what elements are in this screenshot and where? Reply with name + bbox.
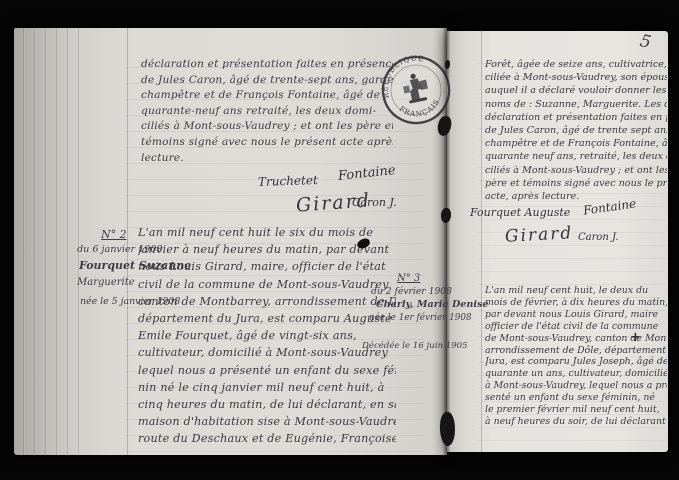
handwritten-line: par devant nous Louis Girard, maire — [485, 309, 667, 321]
handwritten-line: ciliés à Mont-sous-Vaudrey ; et ont les — [485, 164, 667, 177]
handwritten-line: à neuf heures du soir, de lui déclarant — [485, 416, 667, 428]
handwritten-line: quarante-neuf ans retraité, les deux dom… — [141, 104, 393, 120]
handwritten-line: à Mont-sous-Vaudrey, lequel nous a pré- — [485, 380, 667, 392]
signature-caron-right: Caron J. — [578, 232, 618, 243]
handwritten-line: maison d'habitation sise à Mont-sous-Vau… — [138, 413, 396, 430]
handwritten-line: L'an mil neuf cent huit le six du mois d… — [138, 224, 396, 241]
handwritten-line: champêtre et de François Fontaine, âgé d… — [485, 137, 667, 150]
handwritten-line: déclaration et présentation faites en pr… — [485, 111, 667, 124]
act-2-main-paragraph: L'an mil neuf cent huit le six du mois d… — [138, 224, 396, 448]
handwritten-line: L'an mil neuf cent huit, le deux du — [485, 285, 667, 297]
handwritten-line: le premier février mil neuf cent huit, — [485, 404, 667, 416]
handwritten-line: cultivateur, domicilié à Mont-sous-Vaudr… — [138, 344, 396, 361]
scanned-register-photo: RÉPUBLIQUE FRANÇAISE 5 N° 2 du 6 janvier… — [0, 0, 679, 480]
margin-act-date-right: du 2 février 1908 — [371, 286, 452, 297]
handwritten-line: route du Deschaux et de Eugénie, Françoi… — [138, 430, 396, 447]
correction-cross: + — [630, 330, 641, 345]
handwritten-line: témoins signé avec nous le présent acte … — [141, 135, 393, 151]
handwritten-line: Forêt, âgée de seize ans, cultivatrice, … — [485, 58, 667, 71]
handwritten-line: quarante un ans, cultivateur, domicilié — [485, 368, 667, 380]
handwritten-line: Emile Fourquet, âgé de vingt-six ans, — [138, 327, 396, 344]
page-edge-stack — [14, 28, 80, 455]
handwritten-line: Jura, est comparu Jules Joseph, âgé de — [485, 356, 667, 368]
handwritten-line: ciliée à Mont-sous-Vaudrey, son épouse, … — [485, 71, 667, 84]
margin-child-name-2: Marguerite — [77, 277, 135, 288]
margin-rule-right — [481, 31, 482, 452]
handwritten-line: senté un enfant du sexe féminin, né — [485, 392, 667, 404]
handwritten-line: de Jules Caron, âgé de trente sept ans g… — [485, 124, 667, 137]
handwritten-line: acte, après lecture. — [485, 190, 667, 203]
margin-rule-left — [127, 28, 128, 455]
margin-act-number-right: N° 3 — [397, 273, 420, 284]
handwritten-line: déclaration et présentation faites en pr… — [141, 57, 393, 73]
handwritten-line: cinq heures du matin, de lui déclarant, … — [138, 396, 396, 413]
handwritten-line: arrondissement de Dôle, département du — [485, 345, 667, 357]
handwritten-line: père et témoins signé avec nous le prése… — [485, 177, 667, 190]
handwritten-line: canton de Montbarrey, arrondissement de … — [138, 293, 396, 310]
handwritten-line: mois de février, à dix heures du matin, — [485, 297, 667, 309]
signature-fourquet-auguste: Fourquet Auguste — [470, 206, 570, 219]
handwritten-line: lequel nous a présenté un enfant du sexe… — [138, 362, 396, 379]
handwritten-line: quarante neuf ans, retraité, les deux do… — [485, 150, 667, 163]
act-2-continuation-paragraph: Forêt, âgée de seize ans, cultivatrice, … — [485, 58, 667, 203]
handwritten-line: ciliés à Mont-sous-Vaudrey ; et ont les … — [141, 119, 393, 135]
signature-caron: Caron J. — [352, 196, 397, 209]
handwritten-line: lecture. — [141, 151, 393, 167]
handwritten-line: auquel il a déclaré vouloir donner les p… — [485, 84, 667, 97]
handwritten-line: nous Louis Girard, maire, officier de l'… — [138, 258, 396, 275]
handwritten-line: noms de : Suzanne, Marguerite. Les dites — [485, 98, 667, 111]
handwritten-line: de Jules Caron, âgé de trente-sept ans, … — [141, 73, 393, 89]
margin-birth-date-right: née le 1er février 1908 — [369, 313, 472, 323]
margin-death-note: Décédée le 16 juin 1905 — [362, 341, 468, 351]
act-2-closing-paragraph: déclaration et présentation faites en pr… — [141, 57, 393, 166]
handwritten-line: nin né le cinq janvier mil neuf cent hui… — [138, 379, 396, 396]
act-3-main-paragraph: L'an mil neuf cent huit, le deux dumois … — [485, 285, 667, 428]
margin-act-number: N° 2 — [101, 228, 127, 241]
signature-truchetet: Truchetet — [258, 173, 318, 189]
handwritten-line: département du Jura, est comparu Auguste — [138, 310, 396, 327]
margin-child-name-right: Charly, Maria Denise — [376, 299, 489, 310]
handwritten-line: champêtre et de François Fontaine, âgé d… — [141, 88, 393, 104]
signature-girard-right: Girard — [505, 223, 574, 247]
handwritten-line: civil de la commune de Mont-sous-Vaudrey — [138, 276, 396, 293]
